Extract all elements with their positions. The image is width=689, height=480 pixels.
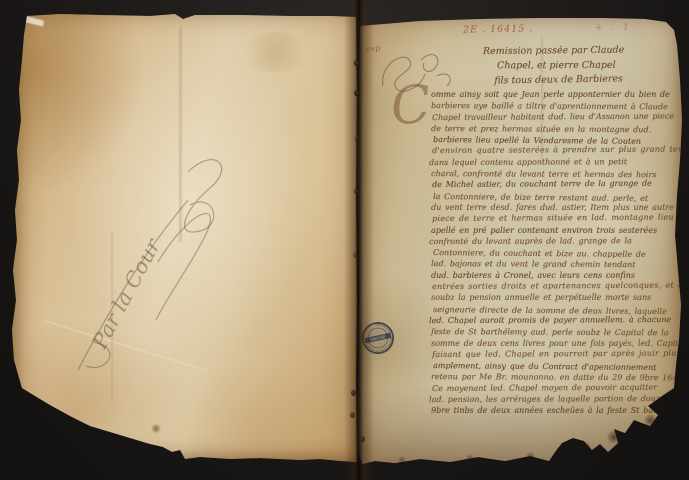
binding-stitch <box>350 412 355 418</box>
manuscript-line: led. Chapel auroit promis de payer annue… <box>429 314 677 326</box>
manuscript-line: de Michel astier, du couchant terre de l… <box>432 178 680 191</box>
stain-blotch <box>150 424 162 433</box>
manuscript-line: lad. pension, les arrérages de laquelle … <box>429 393 677 405</box>
flourish-swirl <box>185 160 222 232</box>
burn-spot <box>465 454 475 462</box>
drop-cap-initial: C <box>389 78 433 133</box>
manuscript-line: omme ainsy soit que Jean perle appontern… <box>431 89 679 100</box>
burn-spot <box>397 456 407 464</box>
archive-stamp: ARCHIVES · DEPARTEMENTALES · DROME <box>358 318 398 358</box>
binding-stitch <box>354 188 359 194</box>
binding-stitch <box>355 136 360 142</box>
manuscript-line: entrées sorties droits et apartenances q… <box>432 280 680 293</box>
binding-stitch <box>353 252 358 258</box>
left-page: Par la Cour <box>10 12 358 464</box>
manuscript-line: 9bre tinbs de deux années escheües à la … <box>431 405 679 416</box>
manuscript-body: omme ainsy soit que Jean perle appontern… <box>431 89 679 417</box>
manuscript-line: la Contonniere, de bize terre restant au… <box>433 191 681 204</box>
binding-stitch <box>354 60 359 66</box>
manuscript-line: lad. bajonas et du vent le grand chemin … <box>431 258 679 271</box>
left-page-inscription: Par la Cour <box>38 142 248 382</box>
burn-spot <box>555 446 566 456</box>
burn-spot <box>525 452 536 461</box>
inscription-text: Par la Cour <box>87 233 166 353</box>
manuscript-line: feste de St barthélemy aud. perle soubz … <box>431 326 679 339</box>
manuscript-line: confronté du levant auprès de lad. grang… <box>429 235 677 247</box>
manuscript-line: faisant que led. Chapel en pourroit par … <box>432 347 680 360</box>
binding-stitch <box>354 90 359 96</box>
manuscript-line: soubz la pension annuelle et perpétuelle… <box>431 292 679 303</box>
manuscript-line: d'environ quatre sesterées à prendre sur… <box>432 144 680 157</box>
manuscript-line: piece de terre et hermas située en lad. … <box>432 212 680 225</box>
manuscript-line: dans lequel contenu apponthonné et à un … <box>429 156 677 168</box>
corner-scratch <box>22 15 45 26</box>
title-line: fils tous deux de Barbieres <box>494 71 679 88</box>
binding-stitch <box>351 390 356 396</box>
archive-cote: 2E . 16415 . <box>463 23 533 35</box>
title-line: Remission passée par Claude <box>483 43 679 60</box>
burn-spot <box>579 442 592 453</box>
right-page: 2E . 16415 . + . 1 exp Remission passée … <box>357 16 683 466</box>
title-block: Remission passée par ClaudeChapel, et pi… <box>483 43 679 89</box>
stain-blotch <box>236 32 316 72</box>
binding-stitch <box>360 436 365 442</box>
burn-spot <box>606 430 622 444</box>
manuscript-line: Chapel travailleur habitant dud. lieu d'… <box>432 110 680 123</box>
cote-marks: + . 1 <box>595 23 632 33</box>
manuscript-scan: Par la Cour 2E . 16415 . + . 1 exp Remis… <box>0 0 689 480</box>
